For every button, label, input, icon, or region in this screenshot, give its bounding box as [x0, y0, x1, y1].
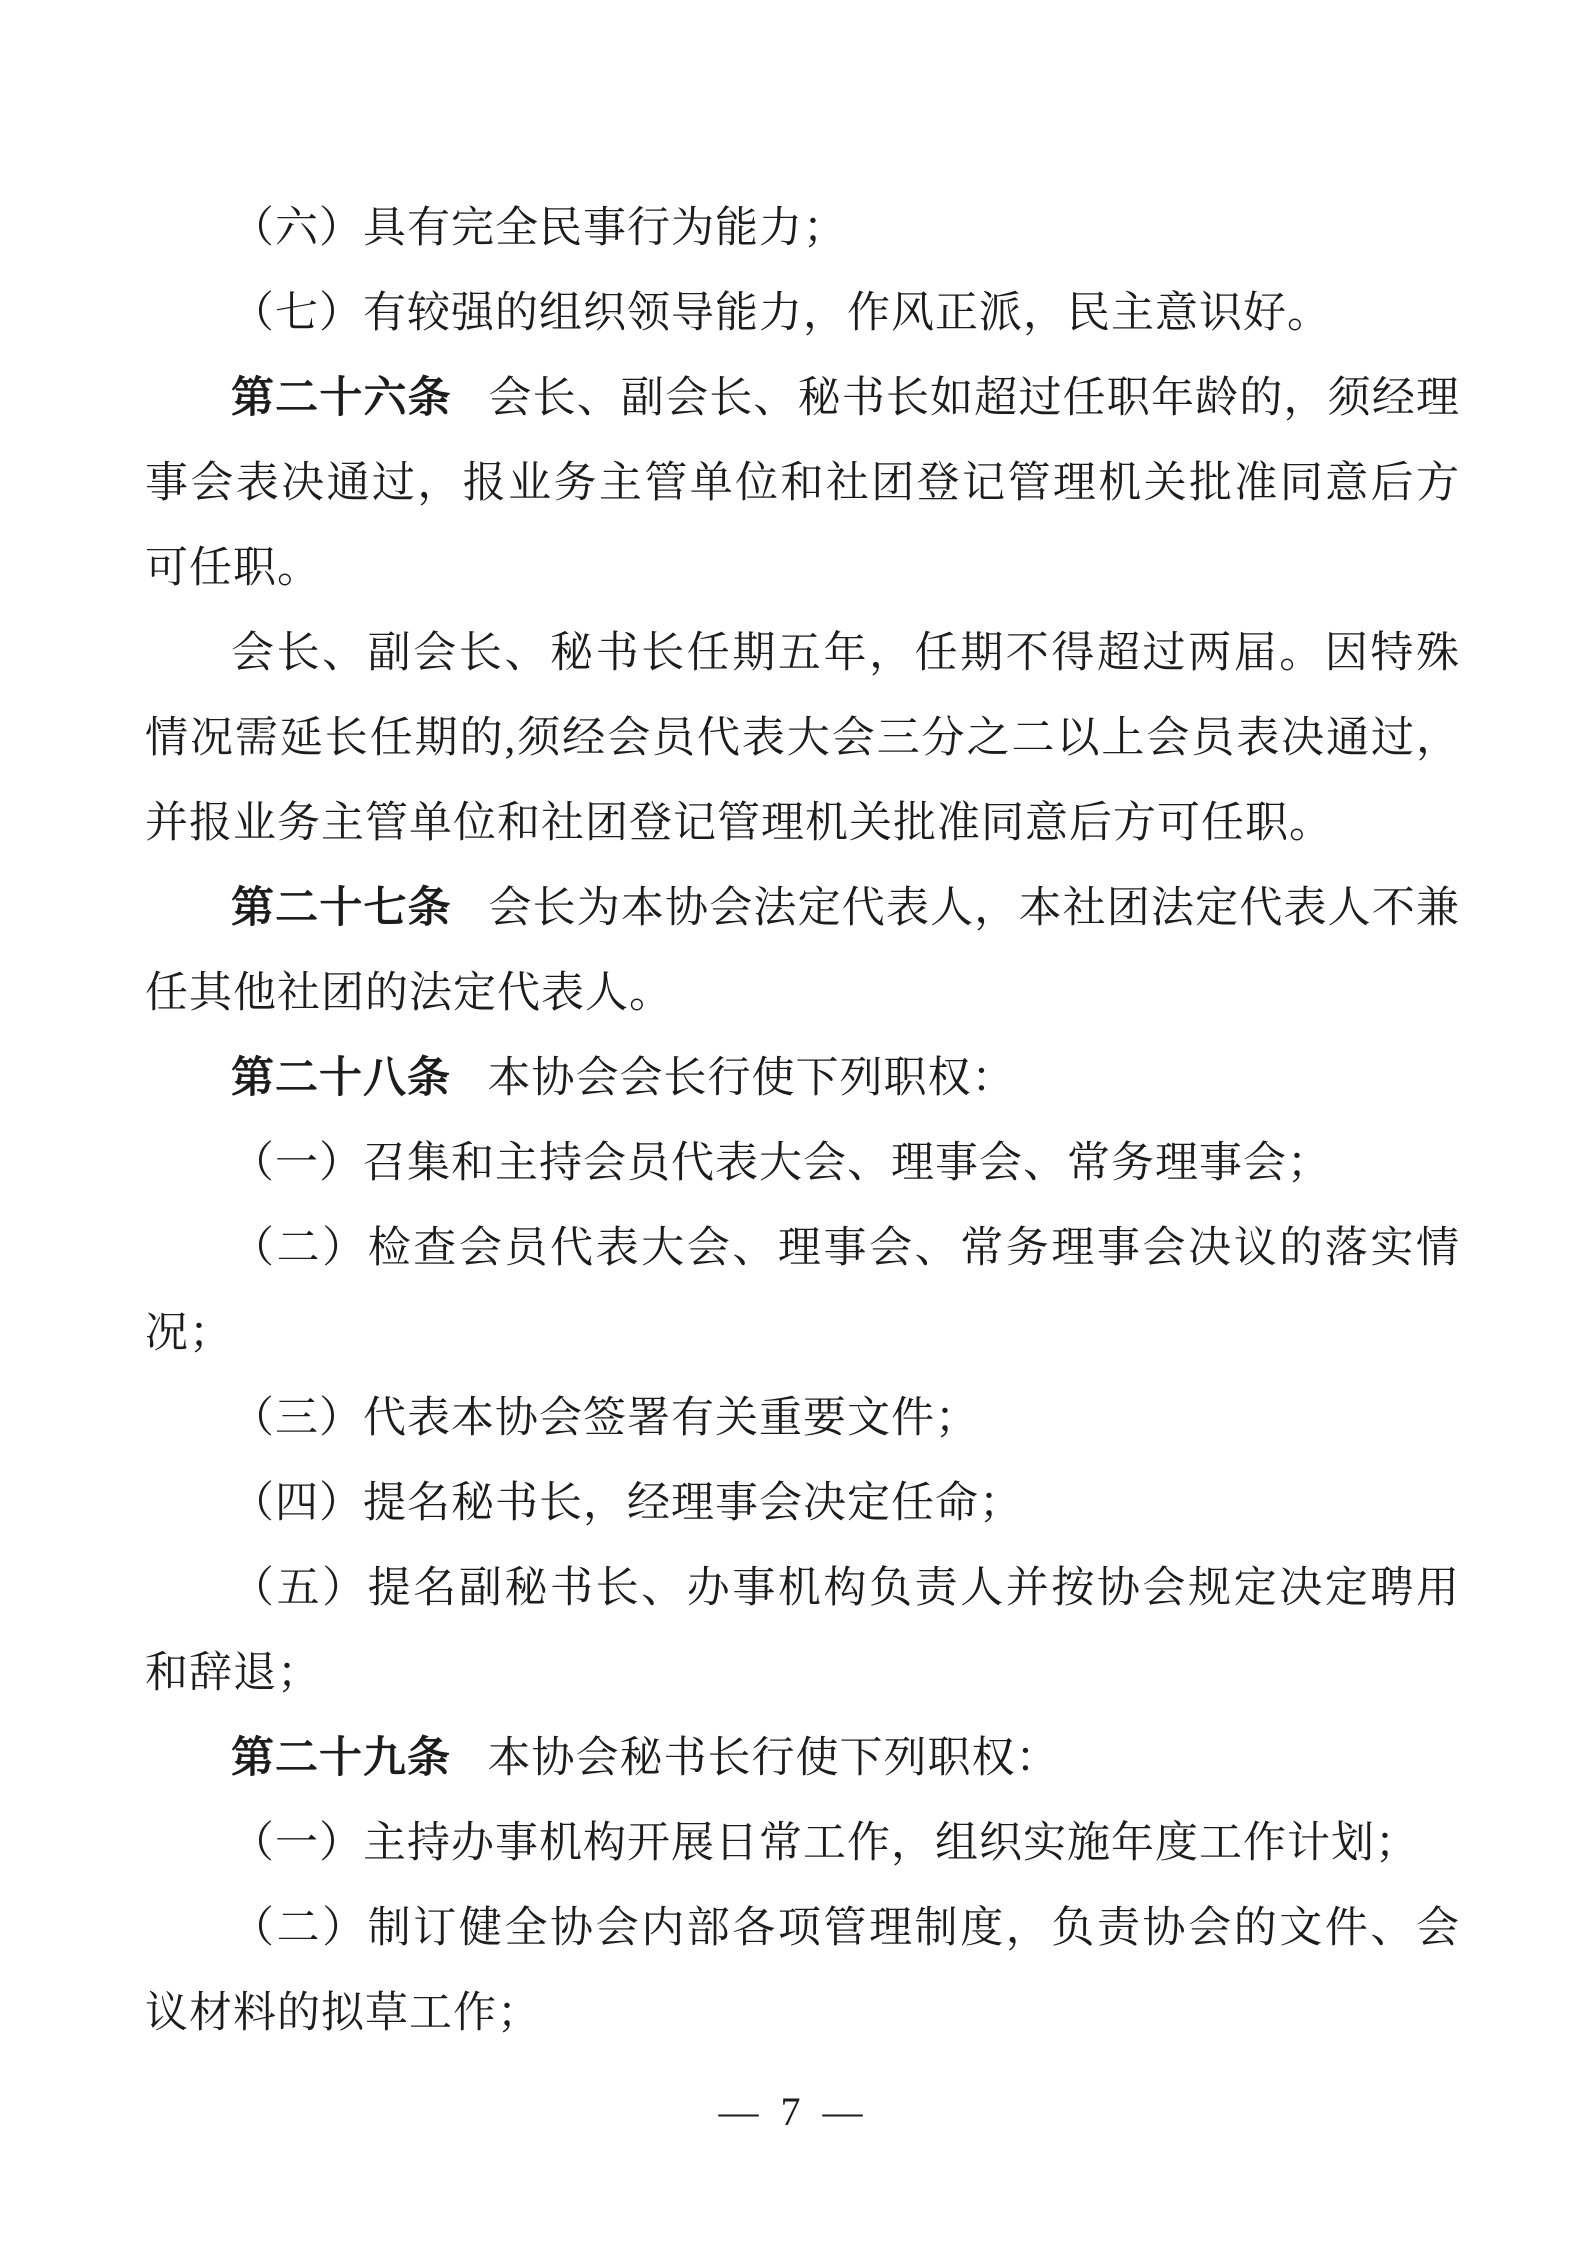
paragraph-text: （二）制订健全协会内部各项管理制度，负责协会的文件、会议材料的拟草工作； [145, 1905, 1460, 2037]
paragraph: （三）代表本协会签署有关重要文件； [145, 1376, 1460, 1461]
paragraph-text: （三）代表本协会签署有关重要文件； [231, 1395, 979, 1442]
document-body: （六）具有完全民事行为能力；（七）有较强的组织领导能力，作风正派，民主意识好。第… [145, 186, 1460, 2056]
paragraph: 会长、副会长、秘书长任期五年，任期不得超过两届。因特殊情况需延长任期的,须经会员… [145, 611, 1460, 866]
paragraph: （五）提名副秘书长、办事机构负责人并按协会规定决定聘用和辞退； [145, 1546, 1460, 1716]
paragraph-text: 本协会秘书长行使下列职权： [488, 1735, 1060, 1782]
paragraph: （七）有较强的组织领导能力，作风正派，民主意识好。 [145, 271, 1460, 356]
paragraph-text: （二）检查会员代表大会、理事会、常务理事会决议的落实情况； [145, 1225, 1460, 1357]
paragraph: （二）制订健全协会内部各项管理制度，负责协会的文件、会议材料的拟草工作； [145, 1886, 1460, 2056]
paragraph-text: （四）提名秘书长，经理事会决定任命； [231, 1480, 1023, 1527]
paragraph-text: （六）具有完全民事行为能力； [231, 205, 847, 252]
paragraph: （六）具有完全民事行为能力； [145, 186, 1460, 271]
paragraph-text: （一）主持办事机构开展日常工作，组织实施年度工作计划； [231, 1820, 1419, 1867]
article-number: 第二十七条 [231, 885, 452, 932]
paragraph: （一）主持办事机构开展日常工作，组织实施年度工作计划； [145, 1801, 1460, 1886]
paragraph: （二）检查会员代表大会、理事会、常务理事会决议的落实情况； [145, 1206, 1460, 1376]
paragraph-text: （五）提名副秘书长、办事机构负责人并按协会规定决定聘用和辞退； [145, 1565, 1460, 1697]
article-number: 第二十六条 [231, 375, 452, 422]
paragraph: 第二十七条会长为本协会法定代表人，本社团法定代表人不兼任其他社团的法定代表人。 [145, 866, 1460, 1036]
page-number: — 7 — [719, 2089, 869, 2134]
article-number: 第二十九条 [231, 1735, 451, 1782]
page-footer: — 7 — [0, 2088, 1587, 2135]
paragraph: 第二十八条本协会会长行使下列职权： [145, 1036, 1460, 1121]
paragraph-text: 本协会会长行使下列职权： [488, 1055, 1016, 1102]
paragraph: （四）提名秘书长，经理事会决定任命； [145, 1461, 1460, 1546]
document-page: （六）具有完全民事行为能力；（七）有较强的组织领导能力，作风正派，民主意识好。第… [0, 0, 1587, 2245]
paragraph-text: （七）有较强的组织领导能力，作风正派，民主意识好。 [231, 290, 1331, 337]
paragraph-text: 会长、副会长、秘书长任期五年，任期不得超过两届。因特殊情况需延长任期的,须经会员… [145, 630, 1460, 847]
paragraph: （一）召集和主持会员代表大会、理事会、常务理事会； [145, 1121, 1460, 1206]
article-number: 第二十八条 [231, 1055, 451, 1102]
paragraph: 第二十九条本协会秘书长行使下列职权： [145, 1716, 1460, 1801]
paragraph: 第二十六条会长、副会长、秘书长如超过任职年龄的，须经理事会表决通过，报业务主管单… [145, 356, 1460, 611]
paragraph-text: （一）召集和主持会员代表大会、理事会、常务理事会； [231, 1140, 1331, 1187]
